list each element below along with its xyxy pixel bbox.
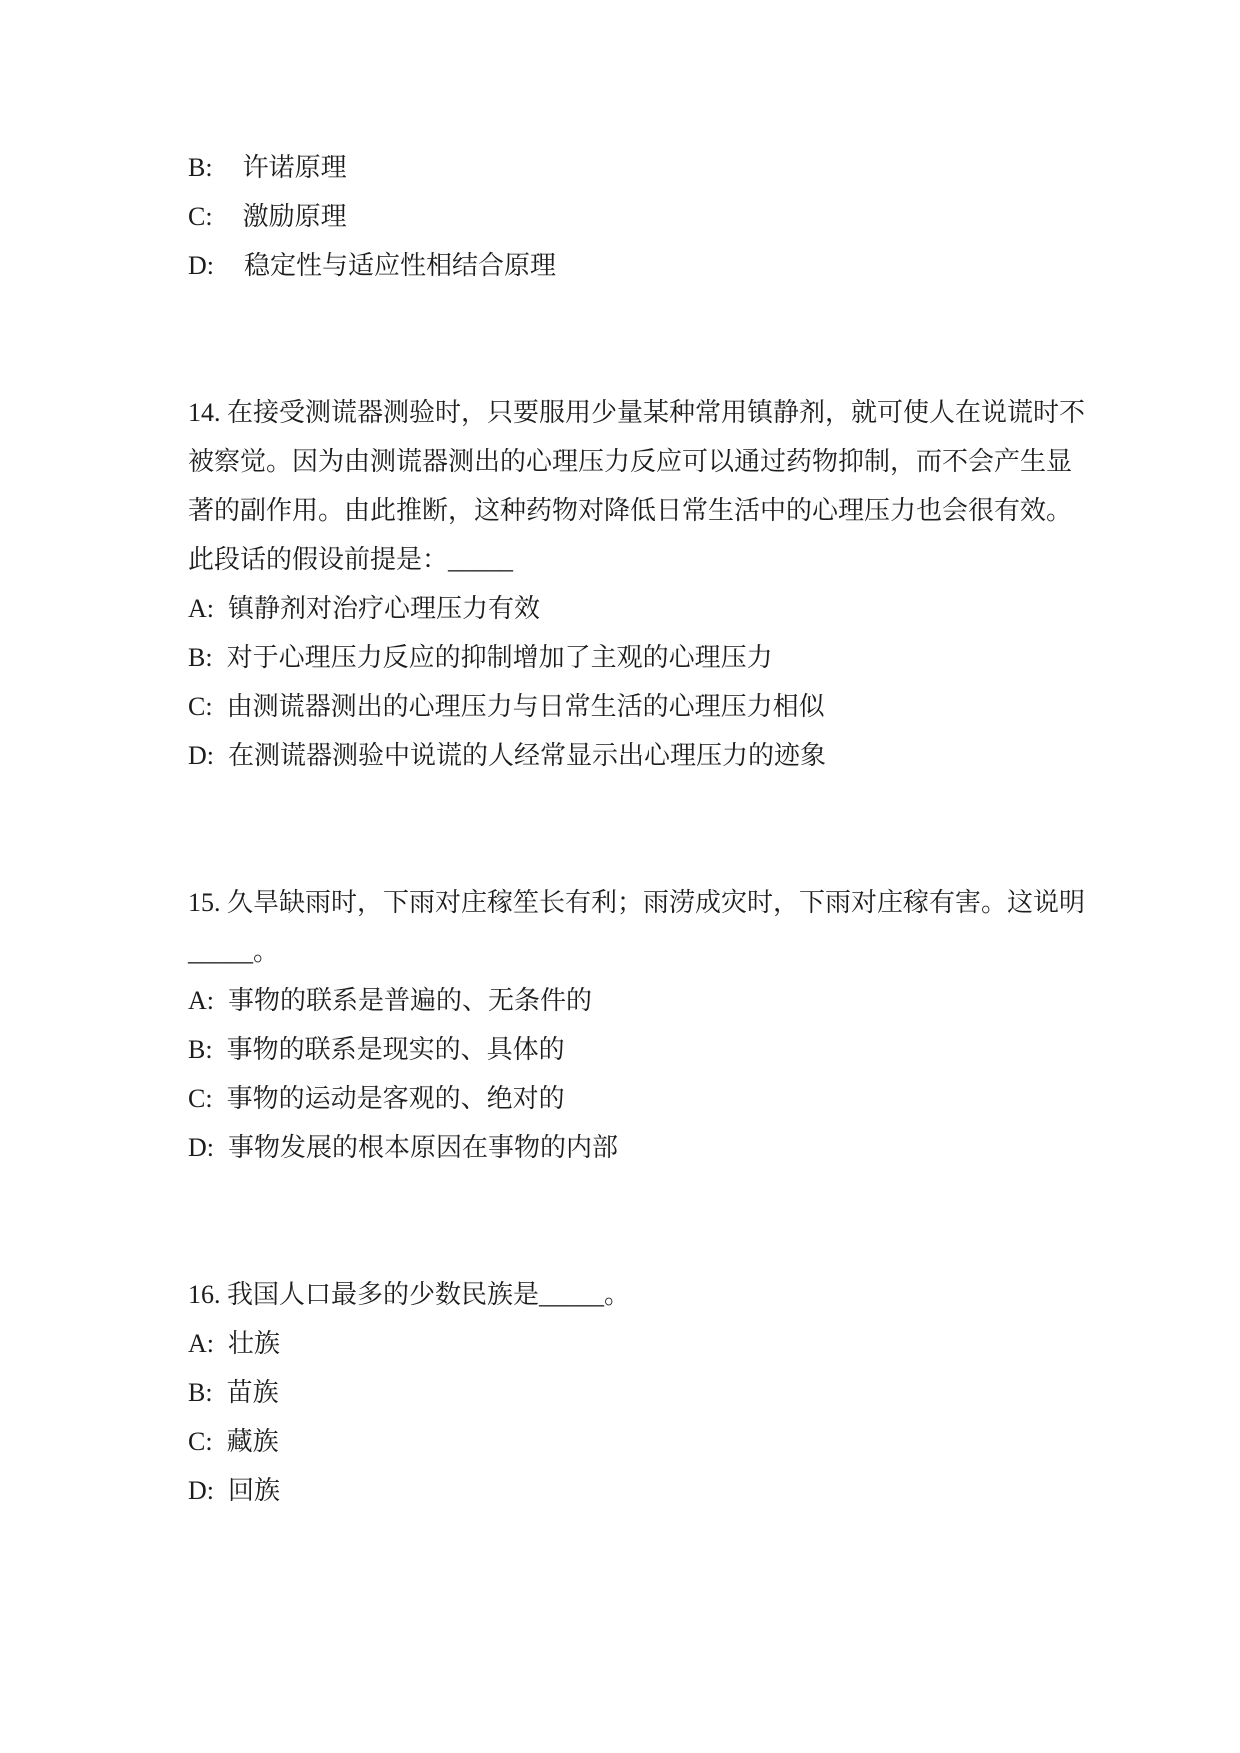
option-text: 事物的运动是客观的、绝对的 <box>227 1074 565 1123</box>
option-letter: C: <box>188 682 213 731</box>
option-row-14-d: D:在测谎器测验中说谎的人经常显示出心理压力的迹象 <box>188 731 1120 780</box>
option-letter: D: <box>188 731 214 780</box>
option-row-prev-b: B:许诺原理 <box>188 143 1120 192</box>
question-15-stem-line: 15. 久旱缺雨时，下雨对庄稼笙长有利；雨涝成灾时，下雨对庄稼有害。这说明 <box>188 878 1120 927</box>
option-row-16-d: D:回族 <box>188 1466 1120 1515</box>
option-text: 回族 <box>228 1466 280 1515</box>
option-row-15-a: A:事物的联系是普遍的、无条件的 <box>188 976 1120 1025</box>
question-15-stem-line: _____。 <box>188 927 1120 976</box>
question-16: 16. 我国人口最多的少数民族是_____。A:壮族B:苗族C:藏族D:回族 <box>188 1270 1120 1515</box>
question-14-stem-line: 著的副作用。由此推断，这种药物对降低日常生活中的心理压力也会很有效。 <box>188 486 1120 535</box>
option-row-15-c: C:事物的运动是客观的、绝对的 <box>188 1074 1120 1123</box>
option-text: 许诺原理 <box>243 143 347 192</box>
option-text: 稳定性与适应性相结合原理 <box>244 241 556 290</box>
option-letter: D: <box>188 1466 214 1515</box>
option-row-14-c: C:由测谎器测出的心理压力与日常生活的心理压力相似 <box>188 682 1120 731</box>
question-14-stem-line: 此段话的假设前提是：_____ <box>188 535 1120 584</box>
option-text: 事物发展的根本原因在事物的内部 <box>228 1123 618 1172</box>
question-14-stem-line: 14. 在接受测谎器测验时，只要服用少量某种常用镇静剂，就可使人在说谎时不 <box>188 388 1120 437</box>
option-row-prev-d: D:稳定性与适应性相结合原理 <box>188 241 1120 290</box>
option-text: 事物的联系是现实的、具体的 <box>227 1025 565 1074</box>
option-text: 事物的联系是普遍的、无条件的 <box>228 976 592 1025</box>
option-letter: B: <box>188 633 213 682</box>
option-letter: B: <box>188 1025 213 1074</box>
option-letter: A: <box>188 976 214 1025</box>
option-row-prev-c: C:激励原理 <box>188 192 1120 241</box>
option-text: 镇静剂对治疗心理压力有效 <box>228 584 540 633</box>
option-row-14-a: A:镇静剂对治疗心理压力有效 <box>188 584 1120 633</box>
option-letter: C: <box>188 1074 213 1123</box>
option-text: 由测谎器测出的心理压力与日常生活的心理压力相似 <box>227 682 825 731</box>
option-letter: D: <box>188 1123 214 1172</box>
question-15: 15. 久旱缺雨时，下雨对庄稼笙长有利；雨涝成灾时，下雨对庄稼有害。这说明___… <box>188 878 1120 1172</box>
option-row-16-c: C:藏族 <box>188 1417 1120 1466</box>
option-letter: B: <box>188 1368 213 1417</box>
questions-container: 14. 在接受测谎器测验时，只要服用少量某种常用镇静剂，就可使人在说谎时不被察觉… <box>188 388 1120 1515</box>
option-text: 藏族 <box>227 1417 279 1466</box>
question-14: 14. 在接受测谎器测验时，只要服用少量某种常用镇静剂，就可使人在说谎时不被察觉… <box>188 388 1120 780</box>
question-16-stem-line: 16. 我国人口最多的少数民族是_____。 <box>188 1270 1120 1319</box>
question-14-stem-line: 被察觉。因为由测谎器测出的心理压力反应可以通过药物抑制，而不会产生显 <box>188 437 1120 486</box>
option-letter: A: <box>188 1319 214 1368</box>
option-text: 在测谎器测验中说谎的人经常显示出心理压力的迹象 <box>228 731 826 780</box>
option-letter: B: <box>188 143 213 192</box>
option-letter: C: <box>188 1417 213 1466</box>
option-row-16-b: B:苗族 <box>188 1368 1120 1417</box>
option-letter: A: <box>188 584 214 633</box>
option-row-15-b: B:事物的联系是现实的、具体的 <box>188 1025 1120 1074</box>
orphan-options-block: B:许诺原理C:激励原理D:稳定性与适应性相结合原理 <box>188 143 1120 290</box>
option-row-15-d: D:事物发展的根本原因在事物的内部 <box>188 1123 1120 1172</box>
option-text: 苗族 <box>227 1368 279 1417</box>
option-row-14-b: B:对于心理压力反应的抑制增加了主观的心理压力 <box>188 633 1120 682</box>
option-text: 激励原理 <box>243 192 347 241</box>
exam-document-page: B:许诺原理C:激励原理D:稳定性与适应性相结合原理 14. 在接受测谎器测验时… <box>0 0 1240 1753</box>
option-text: 壮族 <box>228 1319 280 1368</box>
option-letter: D: <box>188 241 214 290</box>
option-row-16-a: A:壮族 <box>188 1319 1120 1368</box>
option-letter: C: <box>188 192 213 241</box>
option-text: 对于心理压力反应的抑制增加了主观的心理压力 <box>227 633 773 682</box>
